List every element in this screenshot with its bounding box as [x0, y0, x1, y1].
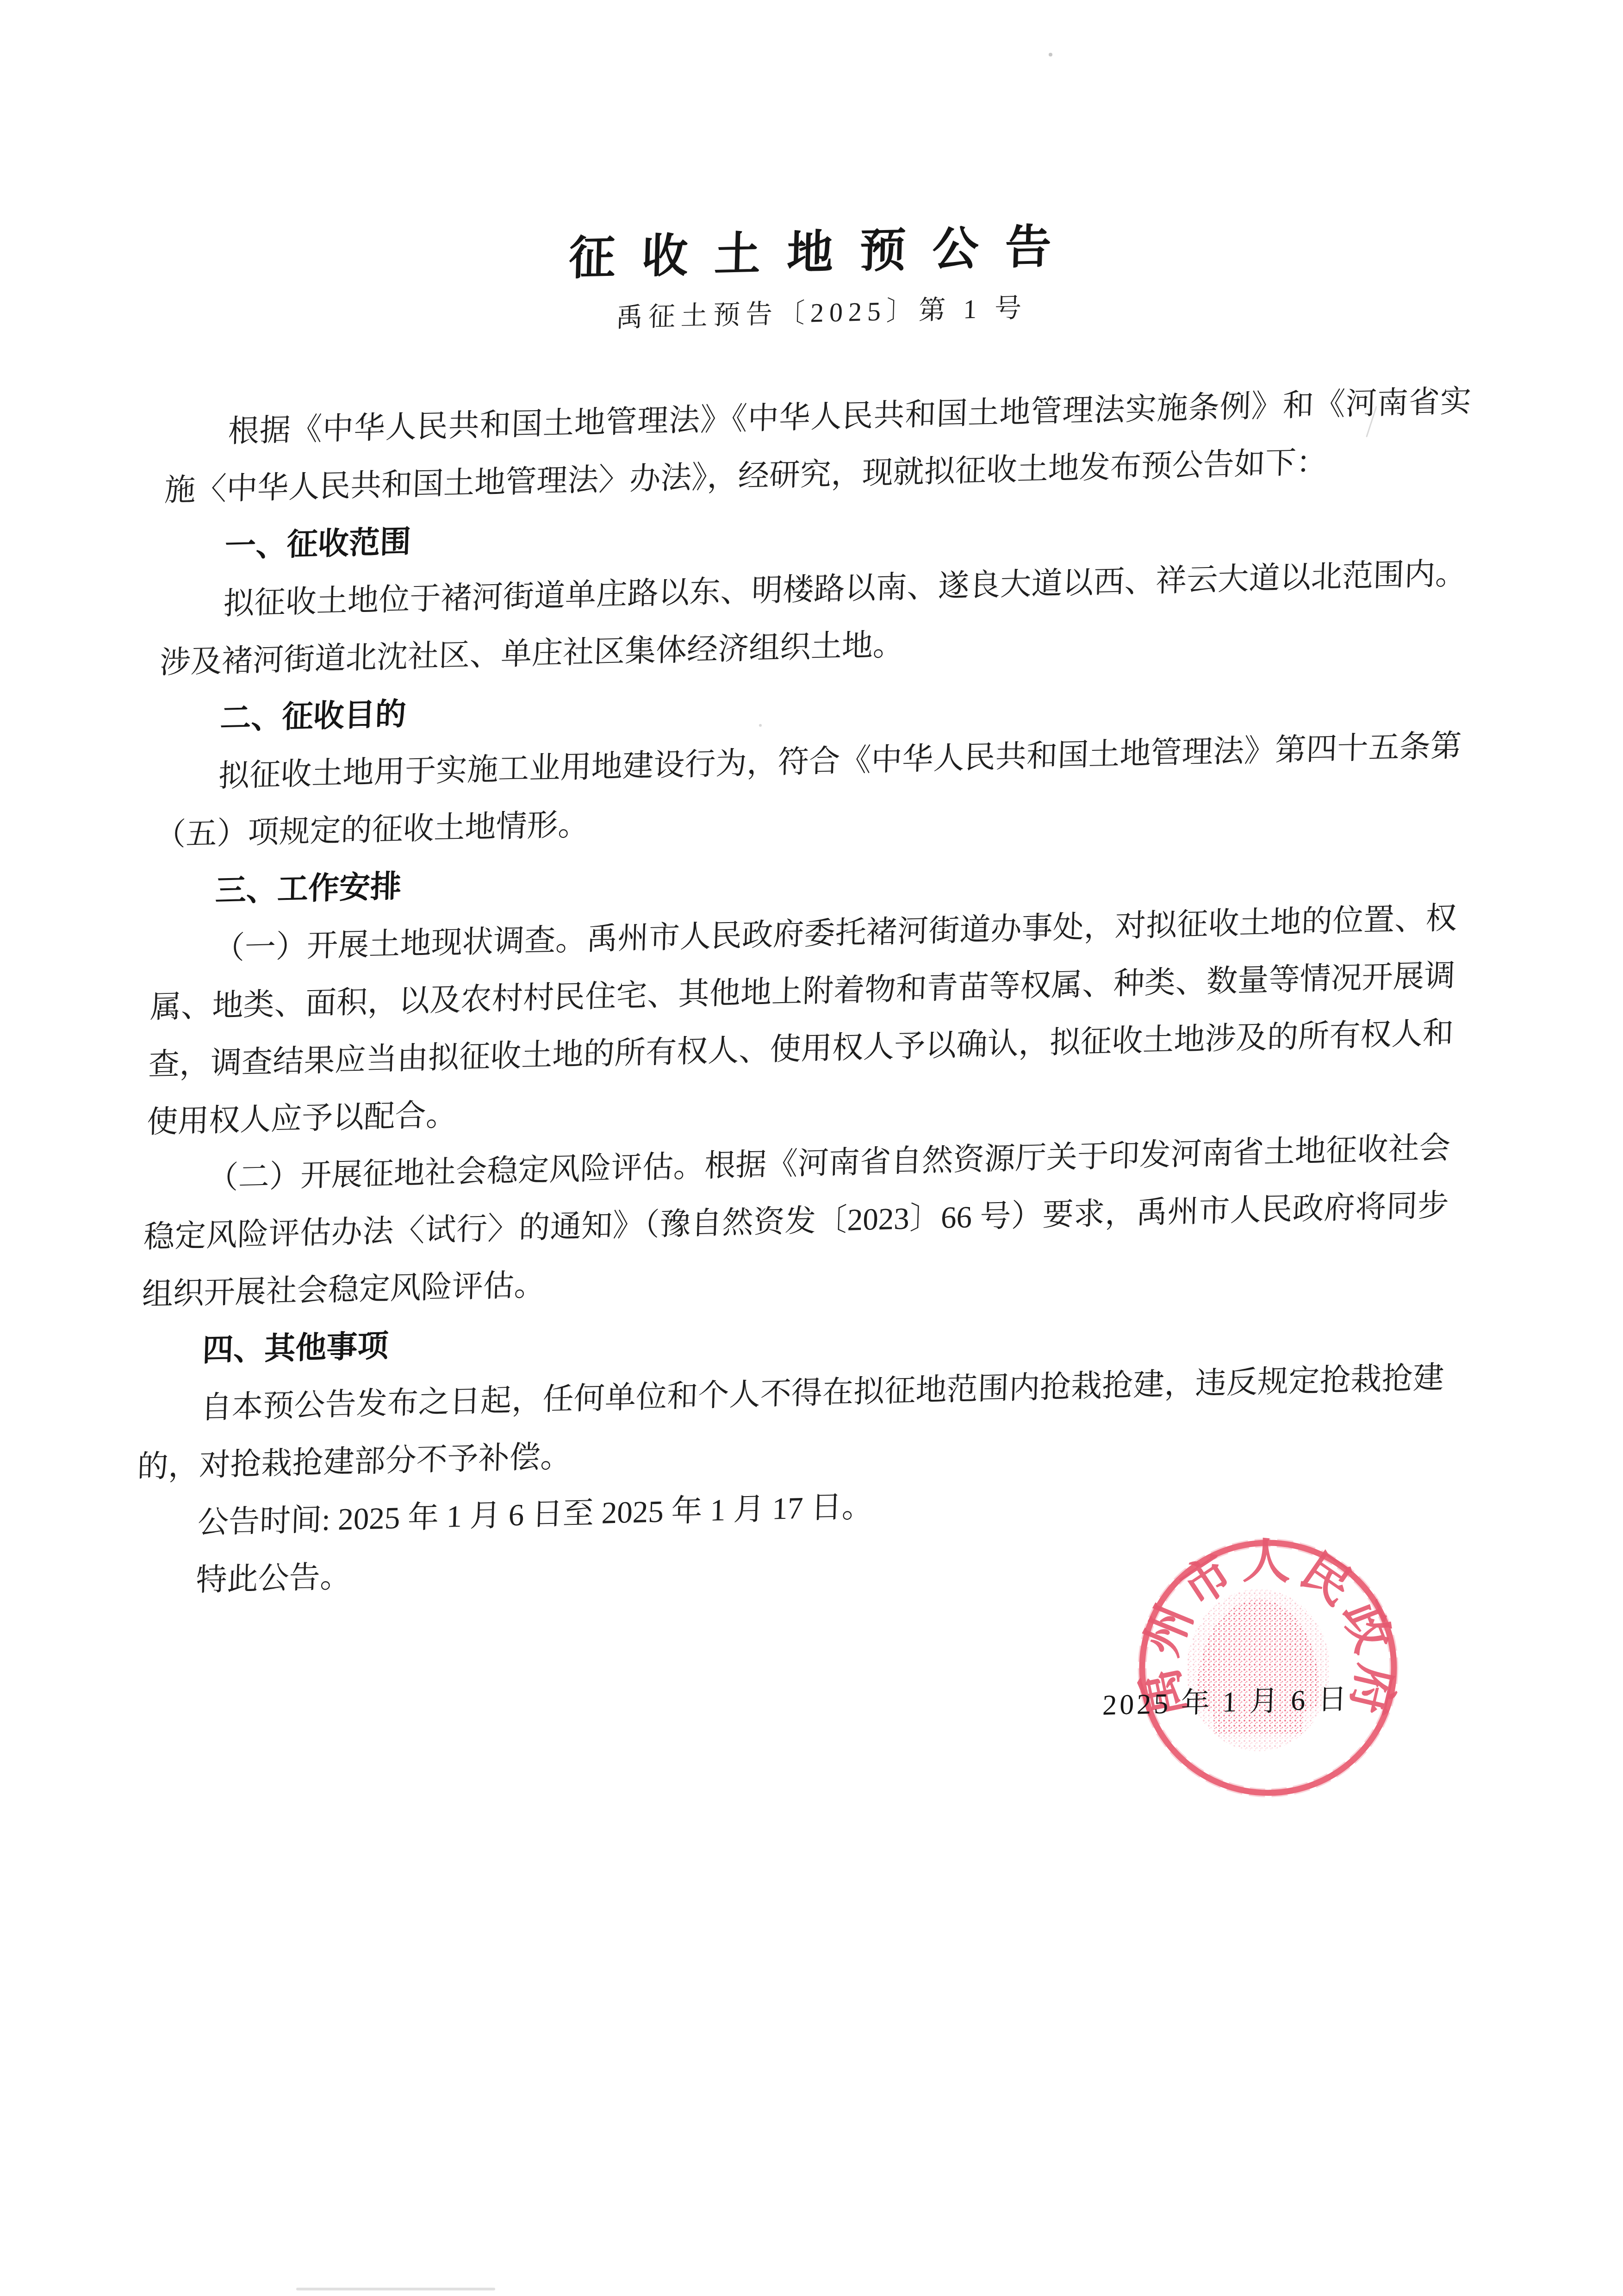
section-3-paragraph-1: （一）开展土地现状调查。禹州市人民政府委托褚河街道办事处，对拟征收土地的位置、权… — [146, 889, 1458, 1151]
scan-edge-artifact — [296, 2288, 495, 2290]
document-page: 禹州市人民政府 征收土地预公告 禹征土预告〔2025〕第 1 号 根据《中华人民… — [0, 0, 1623, 2296]
document-content: 征收土地预公告 禹征土预告〔2025〕第 1 号 根据《中华人民共和国土地管理法… — [129, 0, 1483, 1758]
section-3-paragraph-2: （二）开展征地社会稳定风险评估。根据《河南省自然资源厅关于印发河南省土地征收社会… — [141, 1119, 1451, 1323]
document-body: 根据《中华人民共和国土地管理法》《中华人民共和国土地管理法实施条例》和《河南省实… — [133, 373, 1472, 1611]
